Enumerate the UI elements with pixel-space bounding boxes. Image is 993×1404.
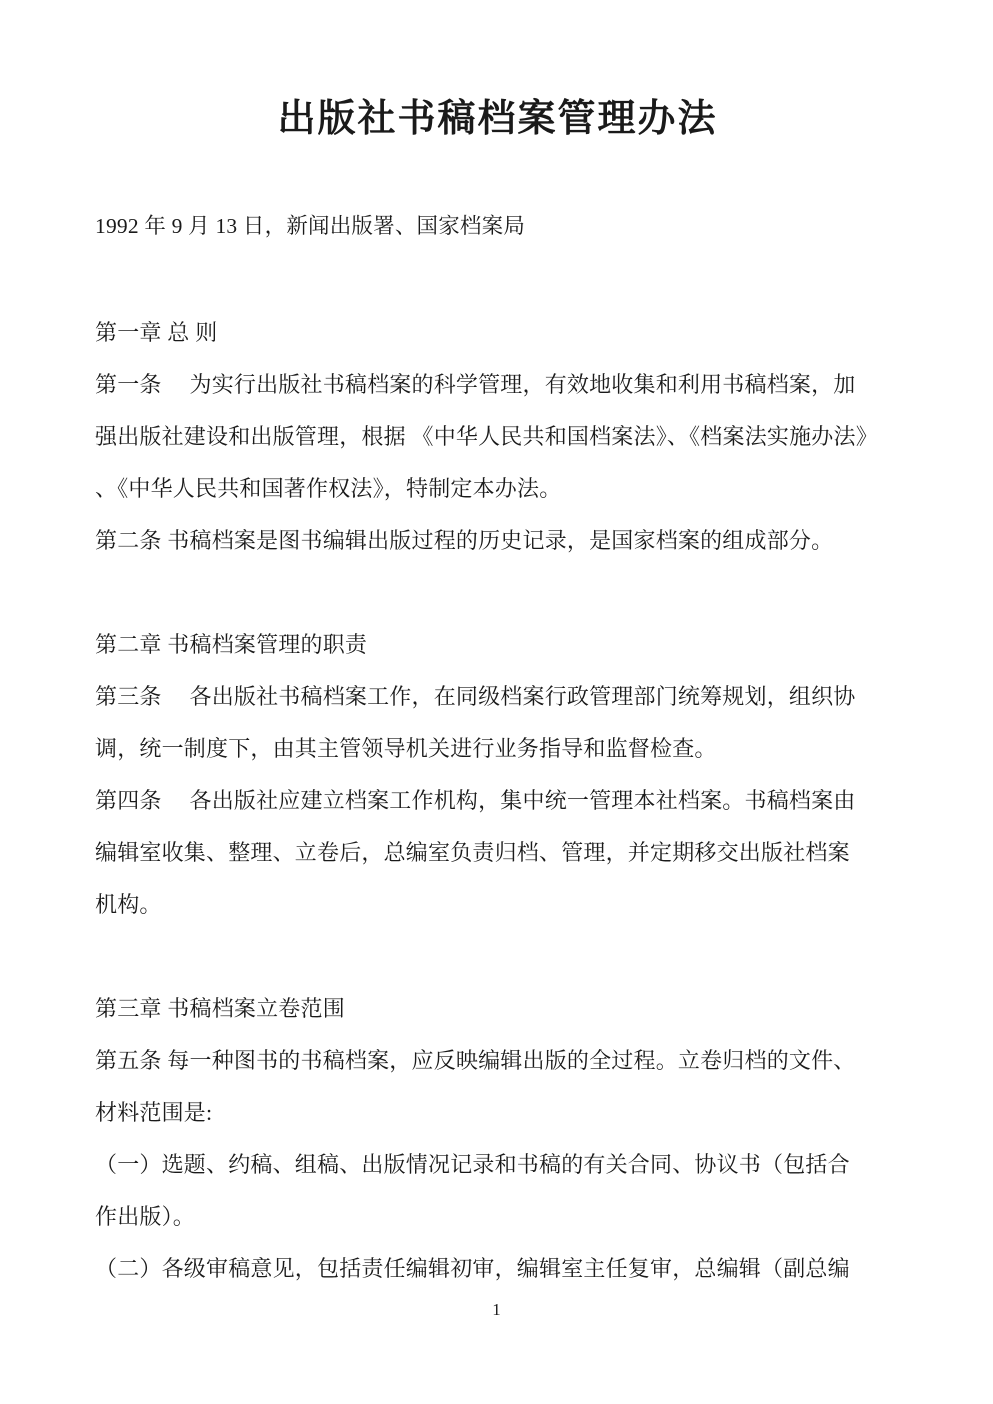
text-line: 第四条 各出版社应建立档案工作机构，集中统一管理本社档案。书稿档案由 [95, 775, 900, 827]
text-line: 、《中华人民共和国著作权法》，特制定本办法。 [95, 463, 900, 515]
text-line: （二）各级审稿意见，包括责任编辑初审，编辑室主任复审，总编辑（副总编 [95, 1243, 900, 1295]
text-line: 第五条 每一种图书的书稿档案，应反映编辑出版的全过程。立卷归档的文件、 [95, 1035, 900, 1087]
document-byline: 1992 年 9 月 13 日，新闻出版署、国家档案局 [95, 200, 900, 252]
text-line: 调，统一制度下，由其主管领导机关进行业务指导和监督检查。 [95, 723, 900, 775]
document-title: 出版社书稿档案管理办法 [95, 96, 900, 142]
text-line: 第一条 为实行出版社书稿档案的科学管理，有效地收集和利用书稿档案，加 [95, 359, 900, 411]
chapter-heading: 第一章 总 则 [95, 307, 900, 359]
blank-line [95, 931, 900, 983]
blank-line [95, 567, 900, 619]
chapter-heading: 第三章 书稿档案立卷范围 [95, 983, 900, 1035]
page-number: 1 [0, 1295, 993, 1325]
document-body: 第一章 总 则第一条 为实行出版社书稿档案的科学管理，有效地收集和利用书稿档案，… [95, 307, 900, 1295]
text-line: 机构。 [95, 879, 900, 931]
text-line: 强出版社建设和出版管理，根据 《中华人民共和国档案法》、《档案法实施办法》 [95, 411, 900, 463]
text-line: 第三条 各出版社书稿档案工作，在同级档案行政管理部门统筹规划，组织协 [95, 671, 900, 723]
text-line: 编辑室收集、整理、立卷后，总编室负责归档、管理，并定期移交出版社档案 [95, 827, 900, 879]
text-line: 第二条 书稿档案是图书编辑出版过程的历史记录，是国家档案的组成部分。 [95, 515, 900, 567]
text-line: 材料范围是: [95, 1087, 900, 1139]
text-line: （一）选题、约稿、组稿、出版情况记录和书稿的有关合同、协议书（包括合 [95, 1139, 900, 1191]
text-line: 作出版）。 [95, 1191, 900, 1243]
document-page: 出版社书稿档案管理办法 1992 年 9 月 13 日，新闻出版署、国家档案局 … [0, 0, 993, 1404]
chapter-heading: 第二章 书稿档案管理的职责 [95, 619, 900, 671]
